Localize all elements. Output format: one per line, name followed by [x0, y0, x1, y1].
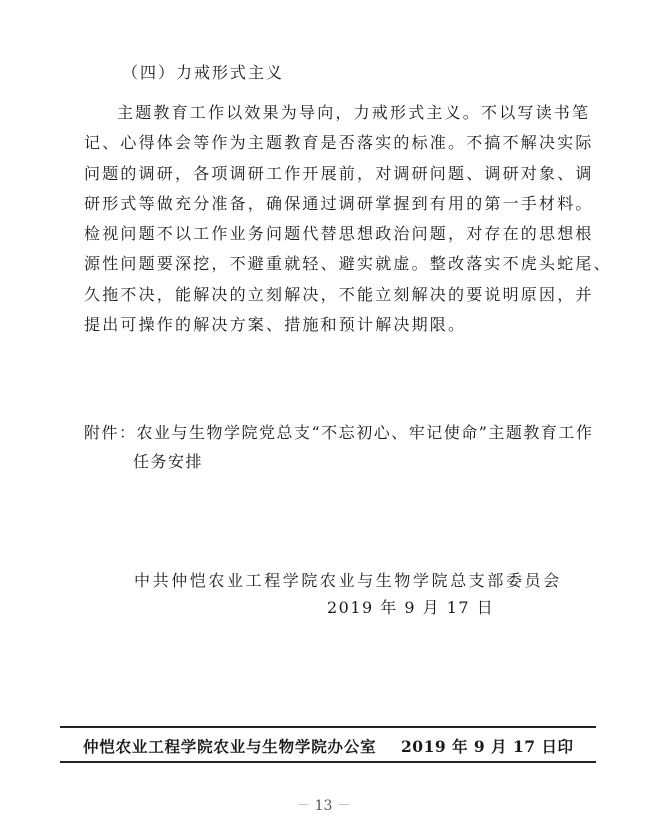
paragraph-line: 检视问题不以工作业务问题代替思想政治问题，对存在的思想根 [84, 219, 579, 249]
paragraph-line: 记、心得体会等作为主题教育是否落实的标准。不搞不解决实际 [84, 128, 579, 158]
paragraph-line: 源性问题要深挖，不避重就轻、避实就虚。整改落实不虎头蛇尾、 [84, 249, 579, 279]
section-heading: （四）力戒形式主义 [122, 60, 284, 83]
page-number-value: 13 [315, 798, 333, 814]
paragraph-line: 研形式等做充分准备，确保通过调研掌握到有用的第一手材料。 [84, 189, 579, 219]
page-number: － 13 － [0, 795, 647, 815]
attachment-label: 附件： [84, 423, 137, 442]
footer-rule-top [60, 726, 596, 728]
paragraph-line: 主题教育工作以效果为导向，力戒形式主义。不以写读书笔 [84, 98, 579, 128]
body-paragraph: 主题教育工作以效果为导向，力戒形式主义。不以写读书笔 记、心得体会等作为主题教育… [84, 98, 579, 340]
paragraph-line: 提出可操作的解决方案、措施和预计解决期限。 [84, 310, 579, 340]
paragraph-line: 久拖不决，能解决的立刻解决，不能立刻解决的要说明原因，并 [84, 280, 579, 310]
page-number-dash-left: － [296, 798, 310, 814]
paragraph-line: 问题的调研，各项调研工作开展前，对调研问题、调研对象、调 [84, 159, 579, 189]
footer-rule-bottom [60, 761, 596, 763]
document-page: （四）力戒形式主义 主题教育工作以效果为导向，力戒形式主义。不以写读书笔 记、心… [0, 0, 647, 823]
attachment-title-line2: 任务安排 [84, 447, 593, 476]
attachment-title-line1: 农业与生物学院党总支“不忘初心、牢记使命”主题教育工作 [137, 423, 594, 442]
footer-print-date: 2019 年 9 月 17 日印 [401, 735, 573, 757]
footer-issuer: 仲恺农业工程学院农业与生物学院办公室 [83, 735, 376, 757]
attachment-note: 附件：农业与生物学院党总支“不忘初心、牢记使命”主题教育工作 任务安排 [84, 418, 593, 476]
signature-date: 2019 年 9 月 17 日 [327, 595, 494, 618]
signature-organization: 中共仲恺农业工程学院农业与生物学院总支部委员会 [134, 566, 562, 595]
page-number-dash-right: － [337, 798, 351, 814]
